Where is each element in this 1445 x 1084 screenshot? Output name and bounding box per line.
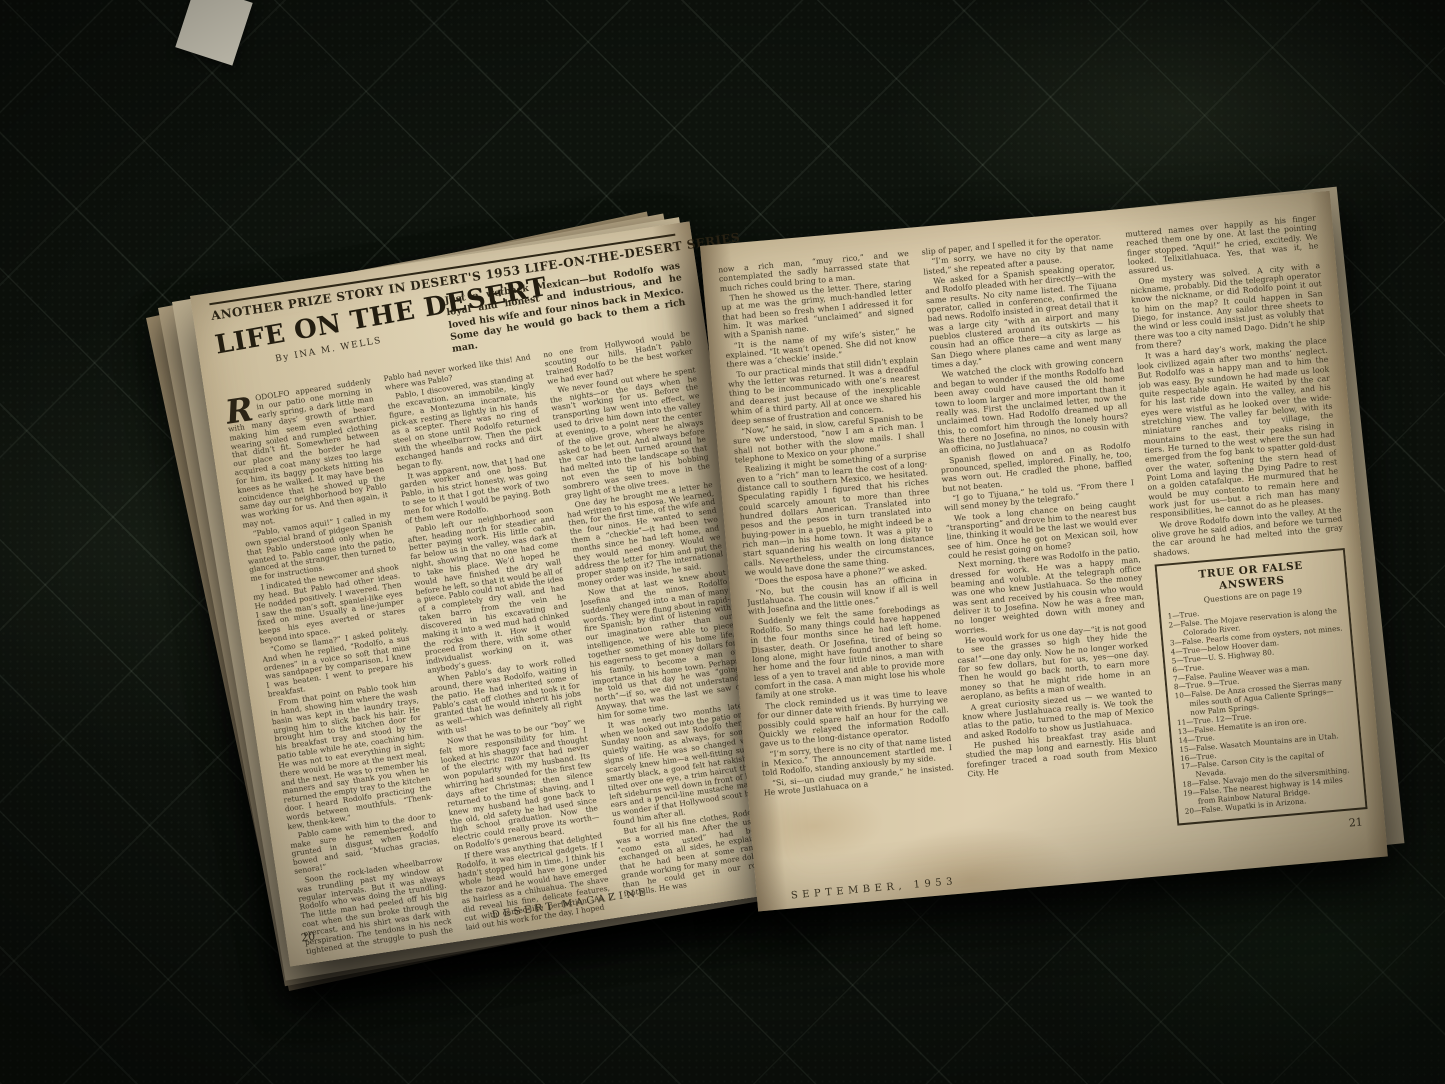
page-number: 21 — [1348, 815, 1363, 829]
paragraph: We watched the clock with growing concer… — [932, 355, 1130, 455]
body-column-6: muttered names over happily as his finge… — [1125, 213, 1371, 864]
paragraph: Now that he was to be our “boy” we felt … — [438, 717, 602, 853]
paragraph: It was a hard day’s work, making the pla… — [1136, 336, 1341, 520]
paragraph: We never found out where he spent the ni… — [548, 366, 712, 502]
photo-scene: ANOTHER PRIZE STORY IN DESERT'S 1953 LIF… — [0, 0, 1445, 1084]
right-page: now a rich man, “muy rico,” and we conte… — [700, 191, 1388, 912]
paragraph: We asked for a Spanish speaking operator… — [924, 261, 1123, 371]
answers-list: 1—True.2—False. The Mojave reservation i… — [1167, 598, 1357, 817]
column-paragraphs: now a rich man, “muy rico,” and we conte… — [718, 249, 955, 798]
right-page-columns: now a rich man, “muy rico,” and we conte… — [718, 213, 1371, 900]
body-column-5: slip of paper, and I spelled it for the … — [921, 231, 1167, 882]
page-number: 20 — [300, 930, 316, 945]
true-false-answers-box: TRUE OR FALSE ANSWERS Questions are on p… — [1154, 548, 1367, 825]
paragraph: From that point on Pablo took him in han… — [269, 679, 435, 832]
paragraph: Suddenly we felt the same forebodings as… — [749, 601, 947, 701]
column-paragraphs: muttered names over happily as his finge… — [1125, 213, 1344, 558]
column-paragraphs: slip of paper, and I spelled it for the … — [921, 231, 1158, 779]
left-page-columns: R ODOLFO appeared suddenly in our patio … — [224, 330, 773, 956]
paragraph: Now that at last we knew about Josefina … — [579, 569, 745, 722]
left-page: ANOTHER PRIZE STORY IN DESERT'S 1953 LIF… — [190, 221, 790, 966]
paragraph: Pablo left our neighborhood soon after, … — [406, 505, 575, 676]
body-column-4: now a rich man, “muy rico,” and we conte… — [718, 249, 964, 900]
paragraph: Realizing it might be something of a sur… — [735, 449, 935, 577]
